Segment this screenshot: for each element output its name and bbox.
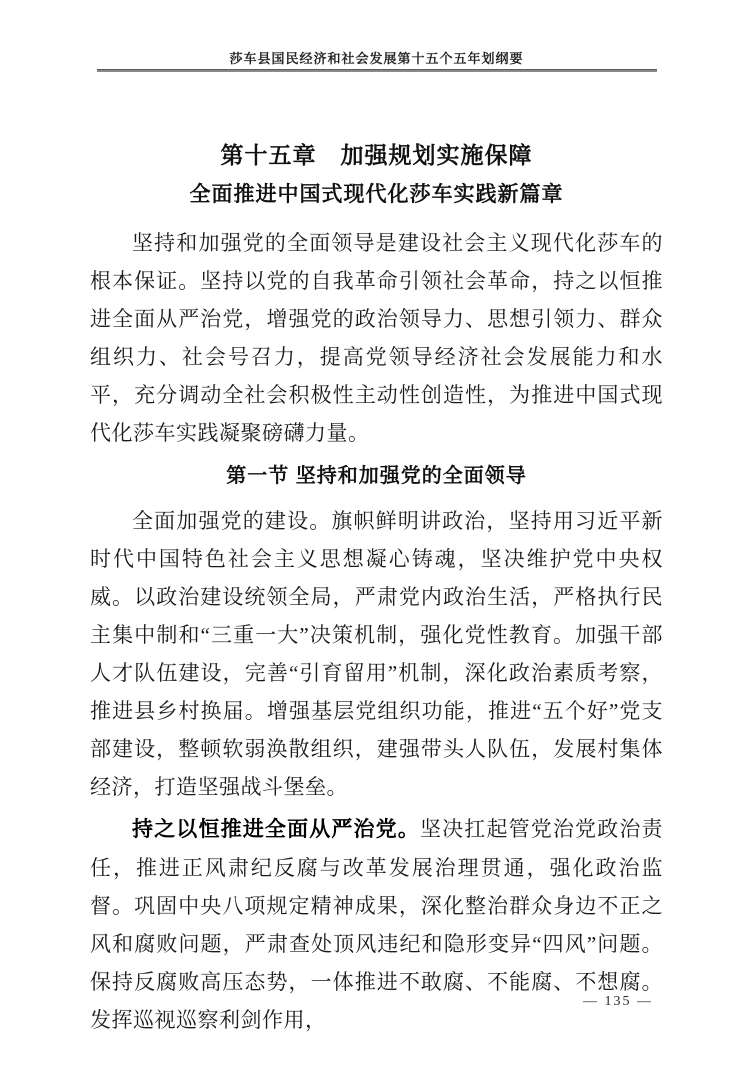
document-page: 莎车县国民经济和社会发展第十五个五年划纲要 第十五章 加强规划实施保障 全面推进… bbox=[0, 0, 753, 1066]
header-rule bbox=[97, 69, 657, 72]
running-header: 莎车县国民经济和社会发展第十五个五年划纲要 bbox=[0, 0, 753, 72]
page-footer: — 135 — bbox=[583, 994, 653, 1010]
paragraph-text: 坚决扛起管党治党政治责任，推进正风肃纪反腐与改革发展治理贯通，强化政治监督。巩固… bbox=[90, 817, 663, 1032]
intro-paragraph: 坚持和加强党的全面领导是建设社会主义现代化莎车的根本保证。坚持以党的自我革命引领… bbox=[90, 224, 663, 452]
chapter-subtitle: 全面推进中国式现代化莎车实践新篇章 bbox=[90, 180, 663, 210]
section-paragraph: 全面加强党的建设。旗帜鲜明讲政治，坚持用习近平新时代中国特色社会主义思想凝心铸魂… bbox=[90, 502, 663, 806]
section-title: 第一节 坚持和加强党的全面领导 bbox=[90, 460, 663, 492]
paragraph-bold-lead: 持之以恒推进全面从严治党。 bbox=[132, 818, 420, 841]
document-body: 第十五章 加强规划实施保障 全面推进中国式现代化莎车实践新篇章 坚持和加强党的全… bbox=[90, 128, 663, 1043]
section-paragraph: 持之以恒推进全面从严治党。坚决扛起管党治党政治责任，推进正风肃纪反腐与改革发展治… bbox=[90, 810, 663, 1039]
running-header-title: 莎车县国民经济和社会发展第十五个五年划纲要 bbox=[0, 50, 753, 68]
chapter-title: 第十五章 加强规划实施保障 bbox=[90, 138, 663, 172]
page-number: — 135 — bbox=[583, 994, 653, 1009]
